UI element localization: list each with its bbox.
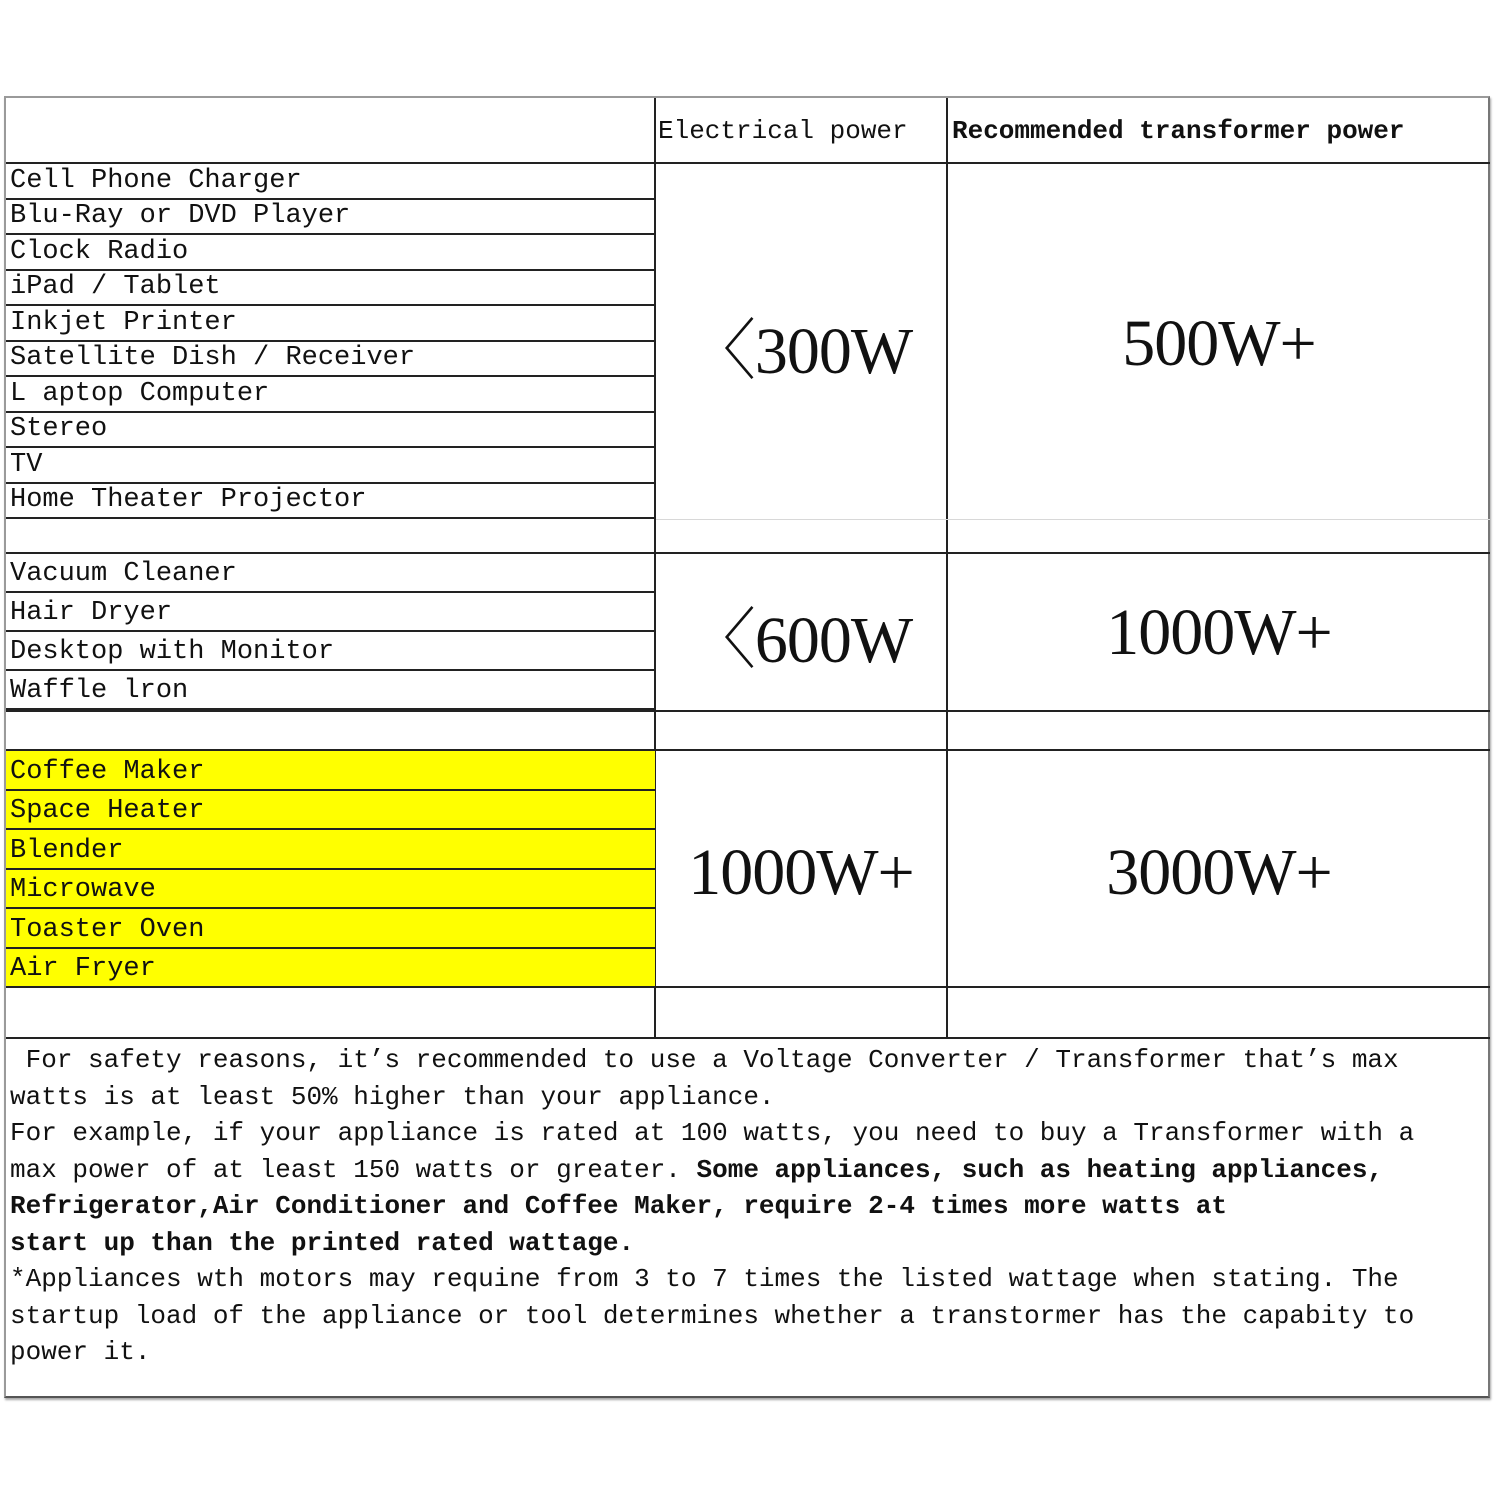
appliance-name: Waffle lron [10,678,188,705]
appliance-name: Home Theater Projector [10,487,366,514]
appliance-row: L aptop Computer [6,377,655,413]
appliance-name: Toaster Oven [10,917,204,944]
appliance-row: Hair Dryer [6,593,655,632]
appliance-name: Coffee Maker [10,759,204,786]
header-electrical-power: Electrical power [658,98,908,164]
appliance-row: Waffle lron [6,671,655,710]
appliance-name: L aptop Computer [10,381,269,408]
appliance-name: Space Heater [10,798,204,825]
safety-notes: For safety reasons, it’s recommended to … [10,1042,1485,1371]
appliance-name: Vacuum Cleaner [10,561,237,588]
appliance-name: Hair Dryer [10,600,172,627]
appliance-name: Clock Radio [10,239,188,266]
group-2-electrical-power: 〈600W [656,558,946,708]
appliance-name: Microwave [10,877,156,904]
appliance-name: Satellite Dish / Receiver [10,345,415,372]
notes-motor-warning: *Appliances wth motors may requine from … [10,1264,1414,1367]
appliance-row: Blu-Ray or DVD Player [6,200,655,236]
appliance-name: Air Fryer [10,956,156,983]
appliance-row: TV [6,448,655,484]
table-bottom-divider [6,1037,1490,1039]
appliance-row: iPad / Tablet [6,271,655,307]
power-table-sheet: Electrical power Recommended transformer… [4,96,1490,1398]
appliance-row: Blender [6,830,655,870]
appliance-row: Home Theater Projector [6,484,655,520]
group-3-recommended-power: 3000W+ [948,798,1490,948]
group-1-electrical-power: 〈300W [656,264,946,424]
group-3-electrical-power: 1000W+ [656,798,946,948]
appliance-row: Desktop with Monitor [6,632,655,671]
appliance-row: Toaster Oven [6,909,655,949]
group-2-recommended-power: 1000W+ [948,558,1490,708]
appliance-row: Space Heater [6,791,655,831]
appliance-name: Stereo [10,416,107,443]
appliance-name: Blender [10,838,123,865]
appliance-row: Cell Phone Charger [6,164,655,200]
appliance-row: Vacuum Cleaner [6,554,655,593]
appliance-row: Coffee Maker [6,751,655,791]
appliance-row: Stereo [6,413,655,449]
appliance-name: Desktop with Monitor [10,639,334,666]
appliance-row: Satellite Dish / Receiver [6,342,655,378]
appliance-row: Inkjet Printer [6,306,655,342]
appliance-name: Blu-Ray or DVD Player [10,203,350,230]
group-1-recommended-power: 500W+ [948,264,1490,424]
header-recommended-transformer-power: Recommended transformer power [952,98,1404,164]
appliance-name: Cell Phone Charger [10,168,302,195]
appliance-name: iPad / Tablet [10,274,221,301]
group-divider-2 [6,710,1490,712]
faint-gridline [656,519,1490,520]
appliance-name: Inkjet Printer [10,310,237,337]
appliance-row: Clock Radio [6,235,655,271]
appliance-row: Microwave [6,870,655,910]
appliance-name: TV [10,452,42,479]
appliance-row: Air Fryer [6,949,655,989]
